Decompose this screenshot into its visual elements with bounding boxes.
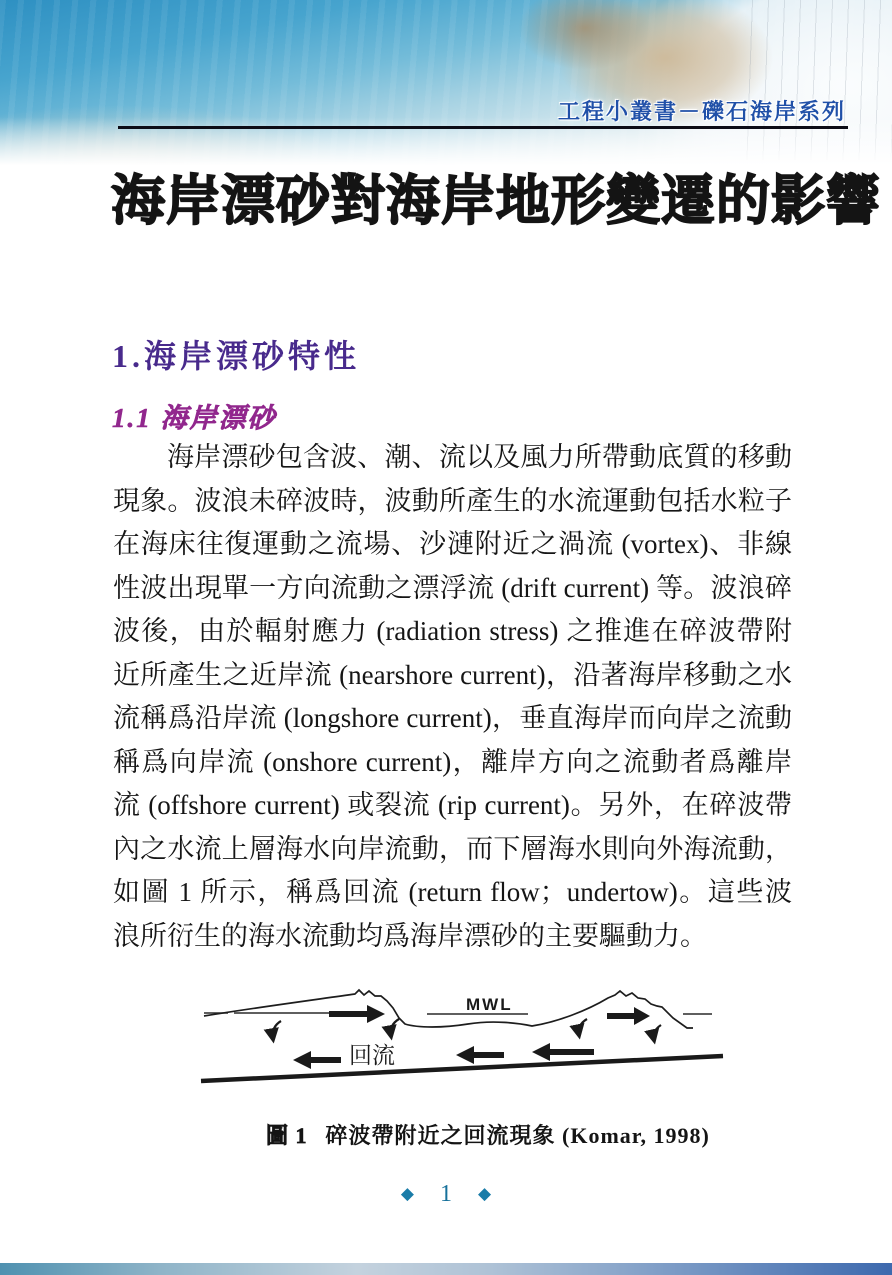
header-photo-banner — [0, 0, 892, 172]
return-flow-label: 回流 — [349, 1043, 395, 1068]
figure-caption: 圖 1碎波帶附近之回流現象 (Komar, 1998) — [266, 1119, 710, 1150]
mwl-label: MWL — [466, 995, 513, 1014]
section-heading: 1.海岸漂砂特性 — [112, 331, 360, 377]
body-paragraph: 海岸漂砂包含波、潮、流以及風力所帶動底質的移動現象。波浪未碎波時，波動所產生的水… — [113, 436, 792, 958]
diamond-icon: ◆ — [401, 1186, 414, 1203]
figure-return-flow: MWL 回流 — [193, 960, 733, 1102]
booklet-page: 工程小叢書－礫石海岸系列 海岸漂砂對海岸地形變遷的影響 1.海岸漂砂特性 1.1… — [0, 0, 892, 1275]
downwelling-arrows — [273, 1019, 661, 1040]
figure-caption-text: 碎波帶附近之回流現象 (Komar, 1998) — [326, 1123, 710, 1148]
diamond-icon: ◆ — [478, 1186, 491, 1203]
header-rule — [118, 126, 848, 129]
page-footer: ◆ 1 ◆ — [0, 1176, 892, 1212]
page-number: 1 — [440, 1182, 452, 1206]
page-title: 海岸漂砂對海岸地形變遷的影響 — [111, 170, 871, 232]
series-title: 工程小叢書－礫石海岸系列 — [558, 95, 846, 126]
return-flow-diagram: MWL 回流 — [193, 960, 733, 1102]
figure-caption-label: 圖 1 — [266, 1123, 308, 1148]
subsection-heading: 1.1 海岸漂砂 — [112, 396, 277, 435]
bottom-accent-bar — [0, 1263, 892, 1275]
seabed-line — [201, 1056, 723, 1081]
